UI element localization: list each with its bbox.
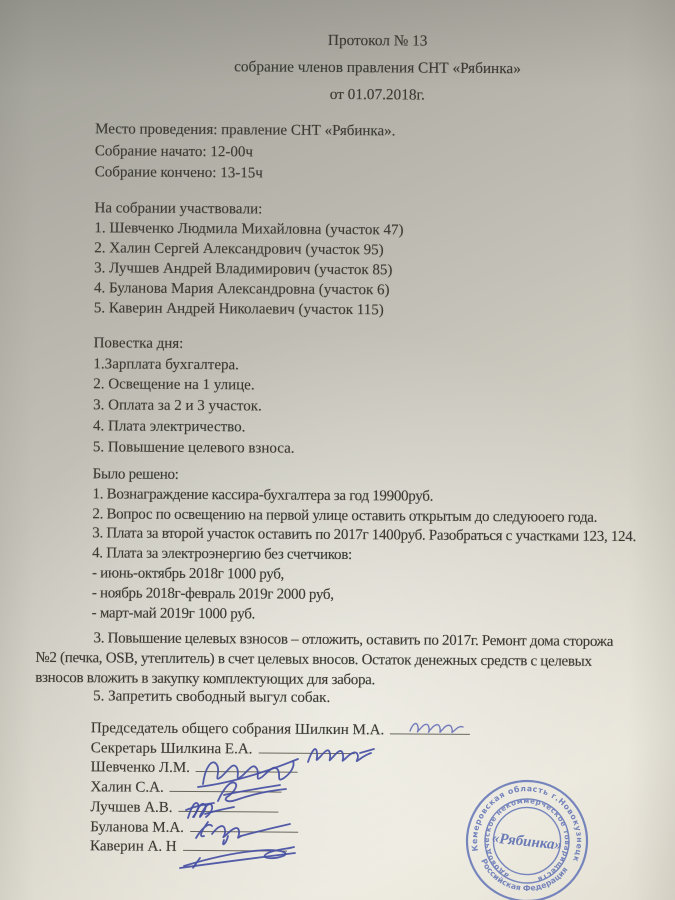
agenda-item: 4. Плата электричество.	[93, 416, 295, 438]
signature-line	[170, 779, 282, 793]
agenda-item: 1.Зарплата бухгалтера.	[93, 354, 295, 376]
meeting-place: Место проведения: правление СНТ «Рябинка…	[95, 119, 395, 143]
resolutions-section: Было решено: 1. Вознаграждение кассира-б…	[92, 465, 637, 627]
signature-label: Секретарь Шилкина Е.А.	[91, 740, 253, 757]
signature-label: Каверин А. Н	[90, 838, 177, 855]
meeting-meta: Место проведения: правление СНТ «Рябинка…	[95, 119, 396, 186]
signature-line	[196, 759, 298, 773]
signature-row-secretary: Секретарь Шилкина Е.А.	[91, 739, 470, 761]
meeting-start-time: Собрание начато: 12-00ч	[95, 141, 395, 165]
meeting-end-time: Собрание кончено: 13-15ч	[95, 162, 395, 186]
signature-row-kaverin: Каверин А. Н	[90, 837, 469, 859]
signature-row-shevchenko: Шевченко Л.М.	[91, 759, 470, 781]
signature-label: Лучшев А.В.	[90, 799, 172, 816]
document-photo: Протокол № 13 собрание членов правления …	[0, 0, 675, 900]
agenda-section: Повестка дня: 1.Зарплата бухгалтера. 2. …	[93, 333, 296, 459]
participant-item: 5. Каверин Андрей Николаевич (участок 11…	[94, 298, 403, 320]
protocol-subtitle: собрание членов правления СНТ «Рябинка»	[97, 52, 657, 83]
signatures-section: Председатель общего собрания Шилкин М.А.…	[90, 719, 470, 860]
signature-row-bulanova: Буланова М.А.	[90, 818, 469, 840]
protocol-date: от 01.07.2018г.	[97, 79, 657, 110]
protocol-header: Протокол № 13 собрание членов правления …	[97, 25, 658, 110]
signature-label: Буланова М.А.	[90, 819, 184, 836]
signature-label: Председатель общего собрания Шилкин М.А.	[91, 720, 384, 738]
resolution-final-line: 5. Запретить свободный выгул собак.	[93, 688, 330, 707]
participant-item: 2. Халин Сергей Александрович (участок 9…	[94, 238, 403, 260]
agenda-heading: Повестка дня:	[94, 333, 296, 355]
resolution-paragraph-line: взносов вложить в закупку комплектующих …	[35, 668, 375, 690]
participant-item: 4. Буланова Мария Александровна (участок…	[94, 278, 403, 300]
participant-item: 3. Лучшев Андрей Владимирович (участок 8…	[94, 258, 403, 280]
resolution-line: - март-май 2019г 1000 руб.	[92, 604, 636, 628]
signature-row-khalin: Халин С.А.	[90, 778, 469, 800]
typed-text-layer: Протокол № 13 собрание членов правления …	[0, 0, 675, 900]
participants-section: На собрании участвовали: 1. Шевченко Люд…	[94, 198, 404, 320]
agenda-item: 2. Освещение на 1 улице.	[93, 375, 295, 397]
participant-item: 1. Шевченко Людмила Михайловна (участок …	[94, 218, 403, 240]
signature-label: Шевченко Л.М.	[91, 760, 190, 777]
signature-label: Халин С.А.	[90, 779, 163, 796]
signature-row-luchshev: Лучшев А.В.	[90, 798, 469, 820]
agenda-item: 3. Оплата за 2 и 3 участок.	[93, 395, 295, 417]
protocol-title: Протокол № 13	[98, 25, 658, 56]
signature-line	[390, 721, 470, 735]
signature-line	[258, 740, 354, 754]
agenda-item: 5. Повышение целевого взноса.	[93, 437, 295, 459]
signature-row-chairman: Председатель общего собрания Шилкин М.А.	[91, 719, 470, 741]
signature-line	[183, 838, 287, 852]
signature-line	[190, 818, 298, 832]
participants-heading: На собрании участвовали:	[94, 198, 403, 220]
signature-line	[179, 799, 279, 813]
